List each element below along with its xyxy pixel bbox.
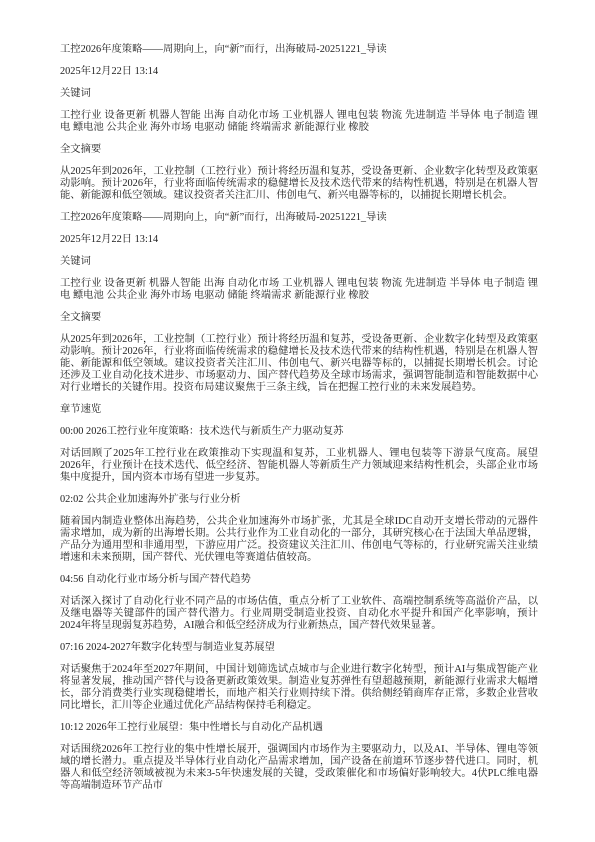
keywords-text: 工控行业 设备更新 机器人智能 出海 自动化市场 工业机器人 锂电包装 物流 先… [60,110,538,134]
summary-heading-repeat: 全文摘要 [60,312,538,324]
chapter-time: 04:56 [60,574,83,585]
chapter-item: 02:02 公共企业加速海外扩张与行业分析 随着国内制造业整体出海趋势，公共企业… [60,494,538,564]
chapter-time: 10:12 [60,722,83,733]
doc-datetime: 2025年12月22日 13:14 [60,66,538,78]
chapter-time: 07:16 [60,642,83,653]
summary-heading: 全文摘要 [60,144,538,156]
chapter-title: 2026年工控行业展望：集中性增长与自动化产品机遇 [86,722,323,733]
keywords-heading: 关键词 [60,88,538,100]
summary-text-full: 从2025年到2026年，工业控制（工控行业）预计将经历温和复苏，受设备更新、企… [60,334,538,394]
chapter-heading: 07:16 2024-2027年数字化转型与制造业复苏展望 [60,642,538,654]
keywords-heading-repeat: 关键词 [60,256,538,268]
chapter-time: 00:00 [60,426,83,437]
chapter-time: 02:02 [60,494,83,505]
chapter-body: 对话围绕2026年工控行业的集中性增长展开，强调国内市场作为主要驱动力，以及AI… [60,744,538,792]
summary-text-short: 从2025年到2026年，工业控制（工控行业）预计将经历温和复苏，受设备更新、企… [60,166,538,202]
chapter-item: 00:00 2026工控行业年度策略：技术迭代与新质生产力驱动复苏 对话回顾了2… [60,426,538,484]
chapter-body: 对话聚焦于2024年至2027年期间，中国计划筛选试点城市与企业进行数字化转型，… [60,664,538,712]
doc-title: 工控2026年度策略——周期向上，向“新”而行，出海破局-20251221_导读 [60,44,538,56]
chapter-item: 04:56 自动化行业市场分析与国产替代趋势 对话深入探讨了自动化行业不同产品的… [60,574,538,632]
chapter-body: 对话回顾了2025年工控行业在政策推动下实现温和复苏，工业机器人、锂电包装等下游… [60,448,538,484]
chapter-body: 随着国内制造业整体出海趋势，公共企业加速海外市场扩张，尤其是全球IDC自动开支增… [60,516,538,564]
chapter-heading: 04:56 自动化行业市场分析与国产替代趋势 [60,574,538,586]
chapter-item: 07:16 2024-2027年数字化转型与制造业复苏展望 对话聚焦于2024年… [60,642,538,712]
chapter-title: 2026工控行业年度策略：技术迭代与新质生产力驱动复苏 [86,426,343,437]
chapter-heading: 00:00 2026工控行业年度策略：技术迭代与新质生产力驱动复苏 [60,426,538,438]
chapter-item: 10:12 2026年工控行业展望：集中性增长与自动化产品机遇 对话围绕2026… [60,722,538,792]
doc-datetime-repeat: 2025年12月22日 13:14 [60,234,538,246]
chapter-title: 2024-2027年数字化转型与制造业复苏展望 [86,642,275,653]
chapter-title: 公共企业加速海外扩张与行业分析 [86,494,240,505]
doc-title-repeat: 工控2026年度策略——周期向上，向“新”而行，出海破局-20251221_导读 [60,212,538,224]
keywords-text-repeat: 工控行业 设备更新 机器人智能 出海 自动化市场 工业机器人 锂电包装 物流 先… [60,278,538,302]
chapter-heading: 02:02 公共企业加速海外扩张与行业分析 [60,494,538,506]
chapter-body: 对话深入探讨了自动化行业不同产品的市场估值，重点分析了工业软件、高端控制系统等高… [60,596,538,632]
chapter-title: 自动化行业市场分析与国产替代趋势 [86,574,251,585]
chapters-heading: 章节速览 [60,404,538,416]
document-page: 工控2026年度策略——周期向上，向“新”而行，出海破局-20251221_导读… [0,0,595,842]
chapter-heading: 10:12 2026年工控行业展望：集中性增长与自动化产品机遇 [60,722,538,734]
